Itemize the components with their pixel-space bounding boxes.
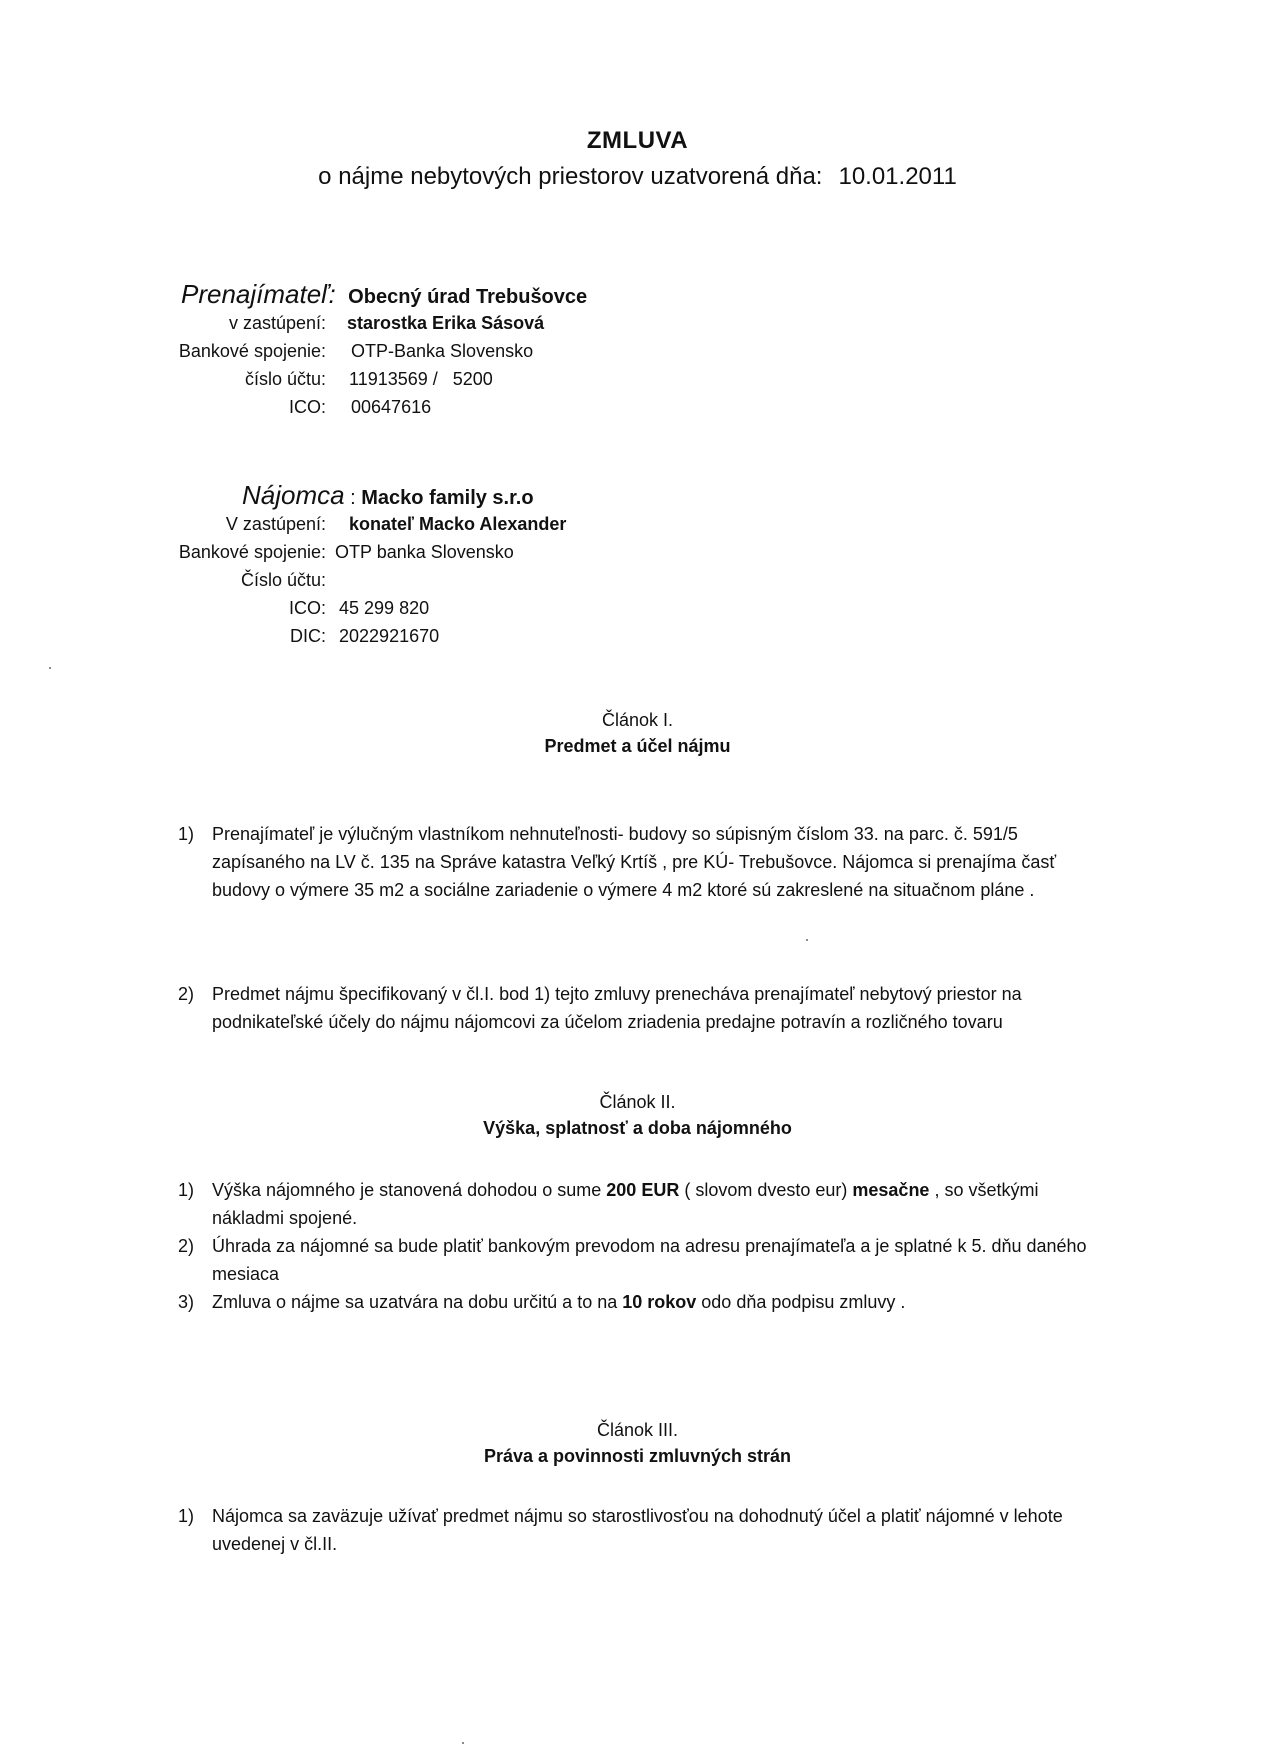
lessee-heading: Nájomca : Macko family s.r.o	[242, 480, 534, 511]
contract-date: 10.01.2011	[838, 163, 956, 190]
lessor-name: Obecný úrad Trebušovce	[348, 286, 587, 308]
article-item: 1) Výška nájomného je stanovená dohodou …	[178, 1176, 1098, 1232]
lessee-separator: :	[345, 487, 362, 509]
item-text: Prenajímateľ je výlučným vlastníkom nehn…	[212, 820, 1098, 904]
field-value: OTP-Banka Slovensko	[351, 341, 533, 362]
field-value: OTP banka Slovensko	[335, 542, 514, 563]
scan-speck	[49, 667, 51, 669]
item-number: 1)	[178, 1502, 194, 1530]
article-item: 2) Predmet nájmu špecifikovaný v čl.I. b…	[178, 980, 1098, 1036]
item-text: Úhrada za nájomné sa bude platiť bankový…	[212, 1232, 1098, 1288]
field-label: Bankové spojenie:	[140, 542, 326, 563]
document-subtitle: o nájme nebytových priestorov uzatvorená…	[0, 163, 1275, 191]
article-number: Článok I.	[0, 710, 1275, 731]
field-label: číslo účtu:	[140, 369, 326, 390]
lessee-name: Macko family s.r.o	[361, 487, 533, 509]
article-number: Článok II.	[0, 1092, 1275, 1113]
lessee-role: Nájomca	[242, 480, 345, 510]
document-page: ZMLUVA o nájme nebytových priestorov uza…	[0, 0, 1275, 1755]
lessee-row-bank: Bankové spojenie: OTP banka Slovensko	[140, 542, 514, 563]
field-label: V zastúpení:	[140, 514, 326, 535]
field-label: v zastúpení:	[140, 313, 326, 334]
item-number: 3)	[178, 1288, 194, 1316]
text-run: ( slovom dvesto eur)	[679, 1180, 852, 1200]
field-label: Bankové spojenie:	[140, 341, 326, 362]
lessee-row-account: Číslo účtu:	[140, 570, 337, 591]
field-value: 11913569 / 5200	[349, 369, 493, 390]
article-title: Predmet a účel nájmu	[0, 736, 1275, 757]
contract-duration: 10 rokov	[622, 1292, 696, 1312]
text-run: Výška nájomného je stanovená dohodou o s…	[212, 1180, 606, 1200]
item-number: 2)	[178, 1232, 194, 1260]
lessor-row-ico: ICO: 00647616	[140, 397, 431, 418]
rent-period: mesačne	[852, 1180, 929, 1200]
field-value: 45 299 820	[339, 598, 429, 619]
article-item: 2) Úhrada za nájomné sa bude platiť bank…	[178, 1232, 1098, 1288]
field-label: DIC:	[140, 626, 326, 647]
text-run: Zmluva o nájme sa uzatvára na dobu určit…	[212, 1292, 622, 1312]
field-value: 2022921670	[339, 626, 439, 647]
field-label: ICO:	[140, 397, 326, 418]
item-number: 2)	[178, 980, 194, 1008]
article-title: Práva a povinnosti zmluvných strán	[0, 1446, 1275, 1467]
field-label: Číslo účtu:	[140, 570, 326, 591]
lessor-row-representative: v zastúpení: starostka Erika Sásová	[140, 313, 544, 334]
lessor-role: Prenajímateľ:	[181, 279, 336, 309]
lessee-row-ico: ICO: 45 299 820	[140, 598, 429, 619]
field-value: konateľ Macko Alexander	[349, 514, 566, 535]
rent-amount: 200 EUR	[606, 1180, 679, 1200]
lessee-row-dic: DIC: 2022921670	[140, 626, 439, 647]
article-item: 1) Prenajímateľ je výlučným vlastníkom n…	[178, 820, 1098, 904]
item-number: 1)	[178, 820, 194, 848]
lessor-heading: Prenajímateľ: Obecný úrad Trebušovce	[181, 279, 587, 310]
article-title: Výška, splatnosť a doba nájomného	[0, 1118, 1275, 1139]
field-label: ICO:	[140, 598, 326, 619]
item-text: Predmet nájmu špecifikovaný v čl.I. bod …	[212, 980, 1098, 1036]
item-text: Zmluva o nájme sa uzatvára na dobu určit…	[212, 1288, 1098, 1316]
article-item: 3) Zmluva o nájme sa uzatvára na dobu ur…	[178, 1288, 1098, 1316]
scan-speck	[806, 939, 808, 941]
item-text: Výška nájomného je stanovená dohodou o s…	[212, 1176, 1098, 1232]
lessor-row-account: číslo účtu: 11913569 / 5200	[140, 369, 493, 390]
lessor-row-bank: Bankové spojenie: OTP-Banka Slovensko	[140, 341, 533, 362]
item-number: 1)	[178, 1176, 194, 1204]
field-value: starostka Erika Sásová	[347, 313, 544, 334]
article-number: Článok III.	[0, 1420, 1275, 1441]
article-item: 1) Nájomca sa zaväzuje užívať predmet ná…	[178, 1502, 1098, 1558]
scan-speck	[462, 1742, 464, 1744]
item-text: Nájomca sa zaväzuje užívať predmet nájmu…	[212, 1502, 1098, 1558]
text-run: odo dňa podpisu zmluvy .	[696, 1292, 905, 1312]
subtitle-text: o nájme nebytových priestorov uzatvorená…	[318, 163, 822, 190]
document-title: ZMLUVA	[0, 127, 1275, 155]
lessee-row-representative: V zastúpení: konateľ Macko Alexander	[140, 514, 566, 535]
field-value: 00647616	[351, 397, 431, 418]
